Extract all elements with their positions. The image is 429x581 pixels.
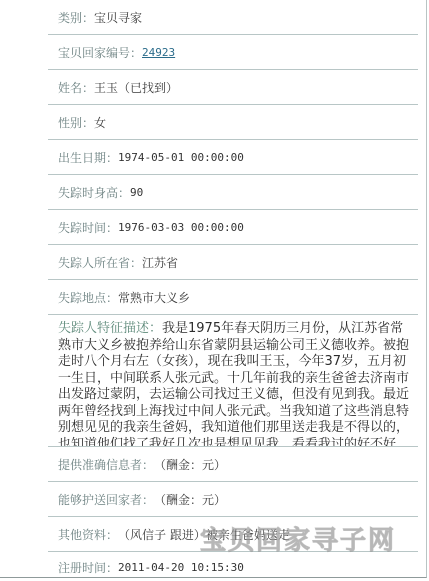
other-info-label: 其他资料： [58,526,118,543]
row-escort-reward: 能够护送回家者： （酬金：元） [48,482,418,517]
detail-panel: 类别： 宝贝寻家 宝贝回家编号： 24923 姓名： 王玉（已找到） 性别： 女… [0,0,427,578]
case-number-label: 宝贝回家编号： [58,44,142,61]
birth-date-value: 1974-05-01 00:00:00 [118,151,244,164]
missing-province-value: 江苏省 [142,254,178,271]
other-info-value: （风信子 跟进）被亲生爸妈送走 [118,526,290,543]
info-reward-label: 提供准确信息者： [58,456,154,473]
gender-label: 性别： [58,114,94,131]
missing-location-value: 常熟市大义乡 [118,289,190,306]
row-missing-time: 失踪时间： 1976-03-03 00:00:00 [48,210,418,245]
category-label: 类别： [58,9,94,26]
description-value: 我是1975年春天阴历三月份，从江苏省常熟市大义乡被抱养给山东省蒙阴县运输公司王… [58,321,409,447]
row-description: 失踪人特征描述：我是1975年春天阴历三月份，从江苏省常熟市大义乡被抱养给山东省… [48,315,418,447]
register-time-value: 2011-04-20 10:15:30 [118,561,244,574]
height-value: 90 [130,186,143,199]
gender-value: 女 [94,114,106,131]
row-missing-location: 失踪地点： 常熟市大义乡 [48,280,418,315]
name-label: 姓名： [58,79,94,96]
row-other-info: 其他资料： （风信子 跟进）被亲生爸妈送走 [48,517,418,552]
register-time-label: 注册时间： [58,559,118,576]
missing-time-label: 失踪时间： [58,219,118,236]
missing-province-label: 失踪人所在省： [58,254,142,271]
description-label: 失踪人特征描述： [58,321,162,336]
category-value: 宝贝寻家 [94,9,142,26]
row-register-time: 注册时间： 2011-04-20 10:15:30 [48,552,418,581]
case-number-link[interactable]: 24923 [142,46,175,59]
row-case-number: 宝贝回家编号： 24923 [48,35,418,70]
escort-reward-label: 能够护送回家者： [58,491,154,508]
info-reward-value: （酬金：元） [154,456,226,473]
detail-list: 类别： 宝贝寻家 宝贝回家编号： 24923 姓名： 王玉（已找到） 性别： 女… [48,0,418,581]
row-gender: 性别： 女 [48,105,418,140]
row-birth-date: 出生日期： 1974-05-01 00:00:00 [48,140,418,175]
row-info-reward: 提供准确信息者： （酬金：元） [48,447,418,482]
row-category: 类别： 宝贝寻家 [48,0,418,35]
birth-date-label: 出生日期： [58,149,118,166]
missing-time-value: 1976-03-03 00:00:00 [118,221,244,234]
row-missing-province: 失踪人所在省： 江苏省 [48,245,418,280]
row-height: 失踪时身高： 90 [48,175,418,210]
missing-location-label: 失踪地点： [58,289,118,306]
name-value: 王玉（已找到） [94,79,178,96]
row-name: 姓名： 王玉（已找到） [48,70,418,105]
escort-reward-value: （酬金：元） [154,491,226,508]
height-label: 失踪时身高： [58,184,130,201]
